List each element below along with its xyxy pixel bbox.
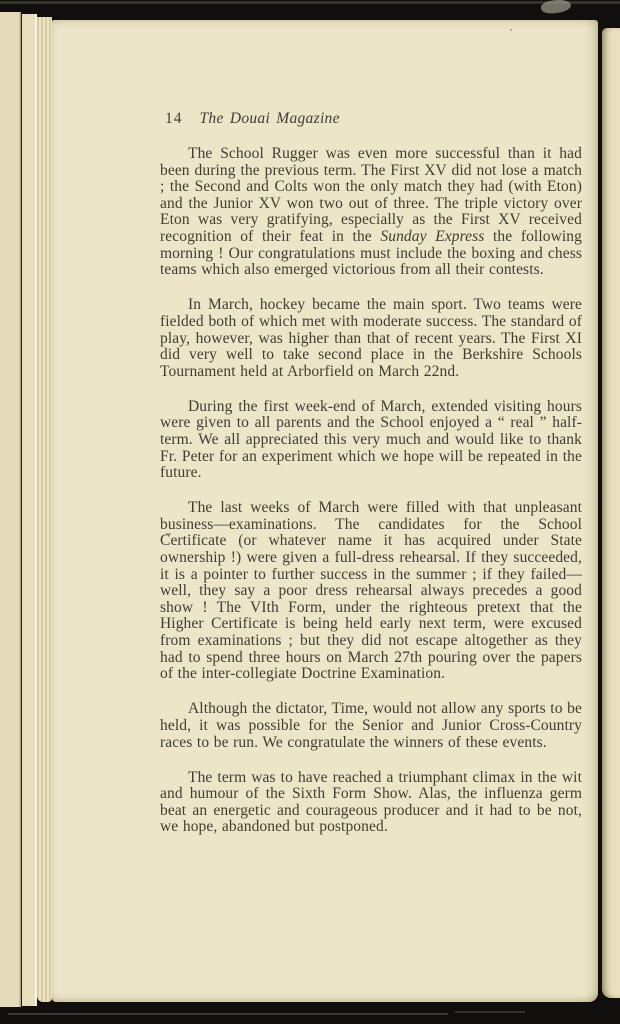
italic-run: Sunday Express xyxy=(380,228,484,245)
paragraph: In March, hockey became the main sport. … xyxy=(160,297,582,380)
text-run: During the first week-end of March, exte… xyxy=(160,398,582,481)
page-header: 14The Douai Magazine xyxy=(165,111,582,128)
underlying-page-edge xyxy=(0,12,21,1007)
book-page-paper: 14The Douai Magazine The School Rugger w… xyxy=(52,20,598,1002)
scan-dust-streak xyxy=(455,1011,525,1013)
paragraph: The last weeks of March were filled with… xyxy=(160,500,582,683)
text-run: In March, hockey became the main sport. … xyxy=(160,296,582,379)
underlying-page-edge xyxy=(22,14,37,1006)
magazine-title: The Douai Magazine xyxy=(200,110,340,127)
scanned-book-page: 14The Douai Magazine The School Rugger w… xyxy=(0,0,620,1024)
paragraph: The term was to have reached a triumphan… xyxy=(160,770,582,836)
paragraph: During the first week-end of March, exte… xyxy=(160,399,582,482)
text-run: Although the dictator, Time, would not a… xyxy=(160,700,582,750)
article: The School Rugger was even more successf… xyxy=(160,146,582,836)
scan-dust-streak xyxy=(8,1013,448,1015)
text-run: The last weeks of March were filled with… xyxy=(160,499,582,682)
page-number: 14 xyxy=(165,110,183,127)
paper-speck xyxy=(510,29,512,31)
adjacent-page-edge xyxy=(602,28,620,998)
paragraph: Although the dictator, Time, would not a… xyxy=(160,701,582,751)
text-run: The term was to have reached a triumphan… xyxy=(160,769,582,836)
cover-top-edge-highlight xyxy=(0,1,620,4)
stacked-page-edges xyxy=(37,17,52,1002)
paragraph: The School Rugger was even more successf… xyxy=(160,146,582,279)
page-content: 14The Douai Magazine The School Rugger w… xyxy=(160,111,582,836)
cover-scuff-mark xyxy=(540,0,572,15)
